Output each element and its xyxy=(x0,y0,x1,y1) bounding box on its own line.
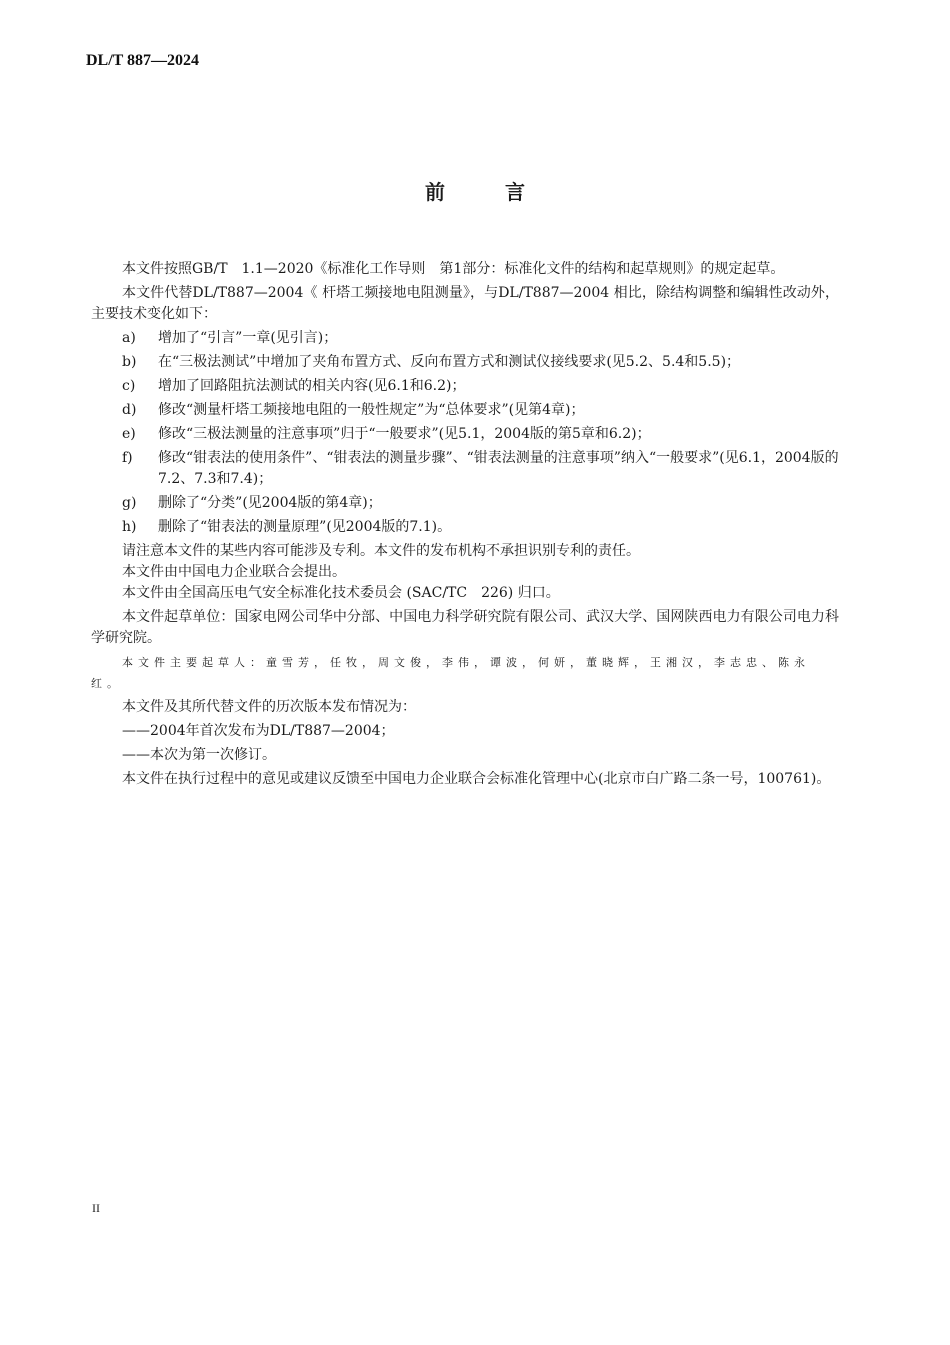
history-intro: 本文件及其所代替文件的历次版本发布情况为： xyxy=(91,697,839,718)
list-marker: h) xyxy=(122,517,136,538)
list-marker: c) xyxy=(122,376,135,397)
list-text: 增加了“引言”一章(见引言)； xyxy=(158,330,337,346)
feedback-statement: 本文件在执行过程中的意见或建议反馈至中国电力企业联合会标准化管理中心(北京市白广… xyxy=(91,769,839,790)
paragraph-replacement: 本文件代替DL/T887—2004《 杆塔工频接地电阻测量》，与DL/T887—… xyxy=(91,283,839,325)
title-char-left: 前 xyxy=(425,176,445,205)
list-marker: d) xyxy=(122,400,136,421)
drafting-units: 本文件起草单位：国家电网公司华中分部、中国电力科学研究院有限公司、武汉大学、国网… xyxy=(91,607,839,649)
foreword-body: 本文件按照GB/T 1.1—2020《标准化工作导则 第1部分：标准化文件的结构… xyxy=(91,259,839,793)
standard-code: DL/T 887—2024 xyxy=(86,52,199,70)
list-text: 增加了回路阻抗法测试的相关内容(见6.1和6.2)； xyxy=(158,378,465,394)
list-marker: a) xyxy=(122,328,136,349)
drafters-list: 本文件主要起草人：童雪芳，任牧，周文俊，李伟，谭波，何妍，董晓辉，王湘汉，李志忠… xyxy=(91,652,839,694)
page-number: II xyxy=(92,1201,100,1216)
changes-list: a)增加了“引言”一章(见引言)； b)在“三极法测试”中增加了夹角布置方式、反… xyxy=(91,328,839,538)
list-item: c)增加了回路阻抗法测试的相关内容(见6.1和6.2)； xyxy=(91,376,839,397)
list-item: g)删除了“分类”(见2004版的第4章)； xyxy=(91,493,839,514)
history-item: ——本次为第一次修订。 xyxy=(91,745,839,766)
title-char-right: 言 xyxy=(505,176,525,205)
list-item: a)增加了“引言”一章(见引言)； xyxy=(91,328,839,349)
list-item: d)修改“测量杆塔工频接地电阻的一般性规定”为“总体要求”(见第4章)； xyxy=(91,400,839,421)
list-marker: e) xyxy=(122,424,136,445)
list-text: 修改“测量杆塔工频接地电阻的一般性规定”为“总体要求”(见第4章)； xyxy=(158,402,584,418)
list-text: 删除了“分类”(见2004版的第4章)； xyxy=(158,495,382,511)
list-text: 修改“钳表法的使用条件”、“钳表法的测量步骤”、“钳表法测量的注意事项”纳入“一… xyxy=(158,450,839,487)
page-title: 前言 xyxy=(0,176,950,205)
list-marker: b) xyxy=(122,352,136,373)
proposer-statement: 本文件由中国电力企业联合会提出。 xyxy=(91,562,839,583)
list-item: f)修改“钳表法的使用条件”、“钳表法的测量步骤”、“钳表法测量的注意事项”纳入… xyxy=(91,448,839,490)
list-item: h)删除了“钳表法的测量原理”(见2004版的7.1)。 xyxy=(91,517,839,538)
list-text: 删除了“钳表法的测量原理”(见2004版的7.1)。 xyxy=(158,519,451,535)
history-item: ——2004年首次发布为DL/T887—2004； xyxy=(91,721,839,742)
list-text: 在“三极法测试”中增加了夹角布置方式、反向布置方式和测试仪接线要求(见5.2、5… xyxy=(158,354,740,370)
list-item: b)在“三极法测试”中增加了夹角布置方式、反向布置方式和测试仪接线要求(见5.2… xyxy=(91,352,839,373)
patent-notice: 请注意本文件的某些内容可能涉及专利。本文件的发布机构不承担识别专利的责任。 xyxy=(91,541,839,562)
list-item: e)修改“三极法测量的注意事项”归于“一般要求”(见5.1，2004版的第5章和… xyxy=(91,424,839,445)
paragraph-drafting-rules: 本文件按照GB/T 1.1—2020《标准化工作导则 第1部分：标准化文件的结构… xyxy=(91,259,839,280)
committee-statement: 本文件由全国高压电气安全标准化技术委员会 (SAC/TC 226) 归口。 xyxy=(91,583,839,604)
list-marker: f) xyxy=(122,448,133,469)
list-text: 修改“三极法测量的注意事项”归于“一般要求”(见5.1，2004版的第5章和6.… xyxy=(158,426,651,442)
list-marker: g) xyxy=(122,493,136,514)
